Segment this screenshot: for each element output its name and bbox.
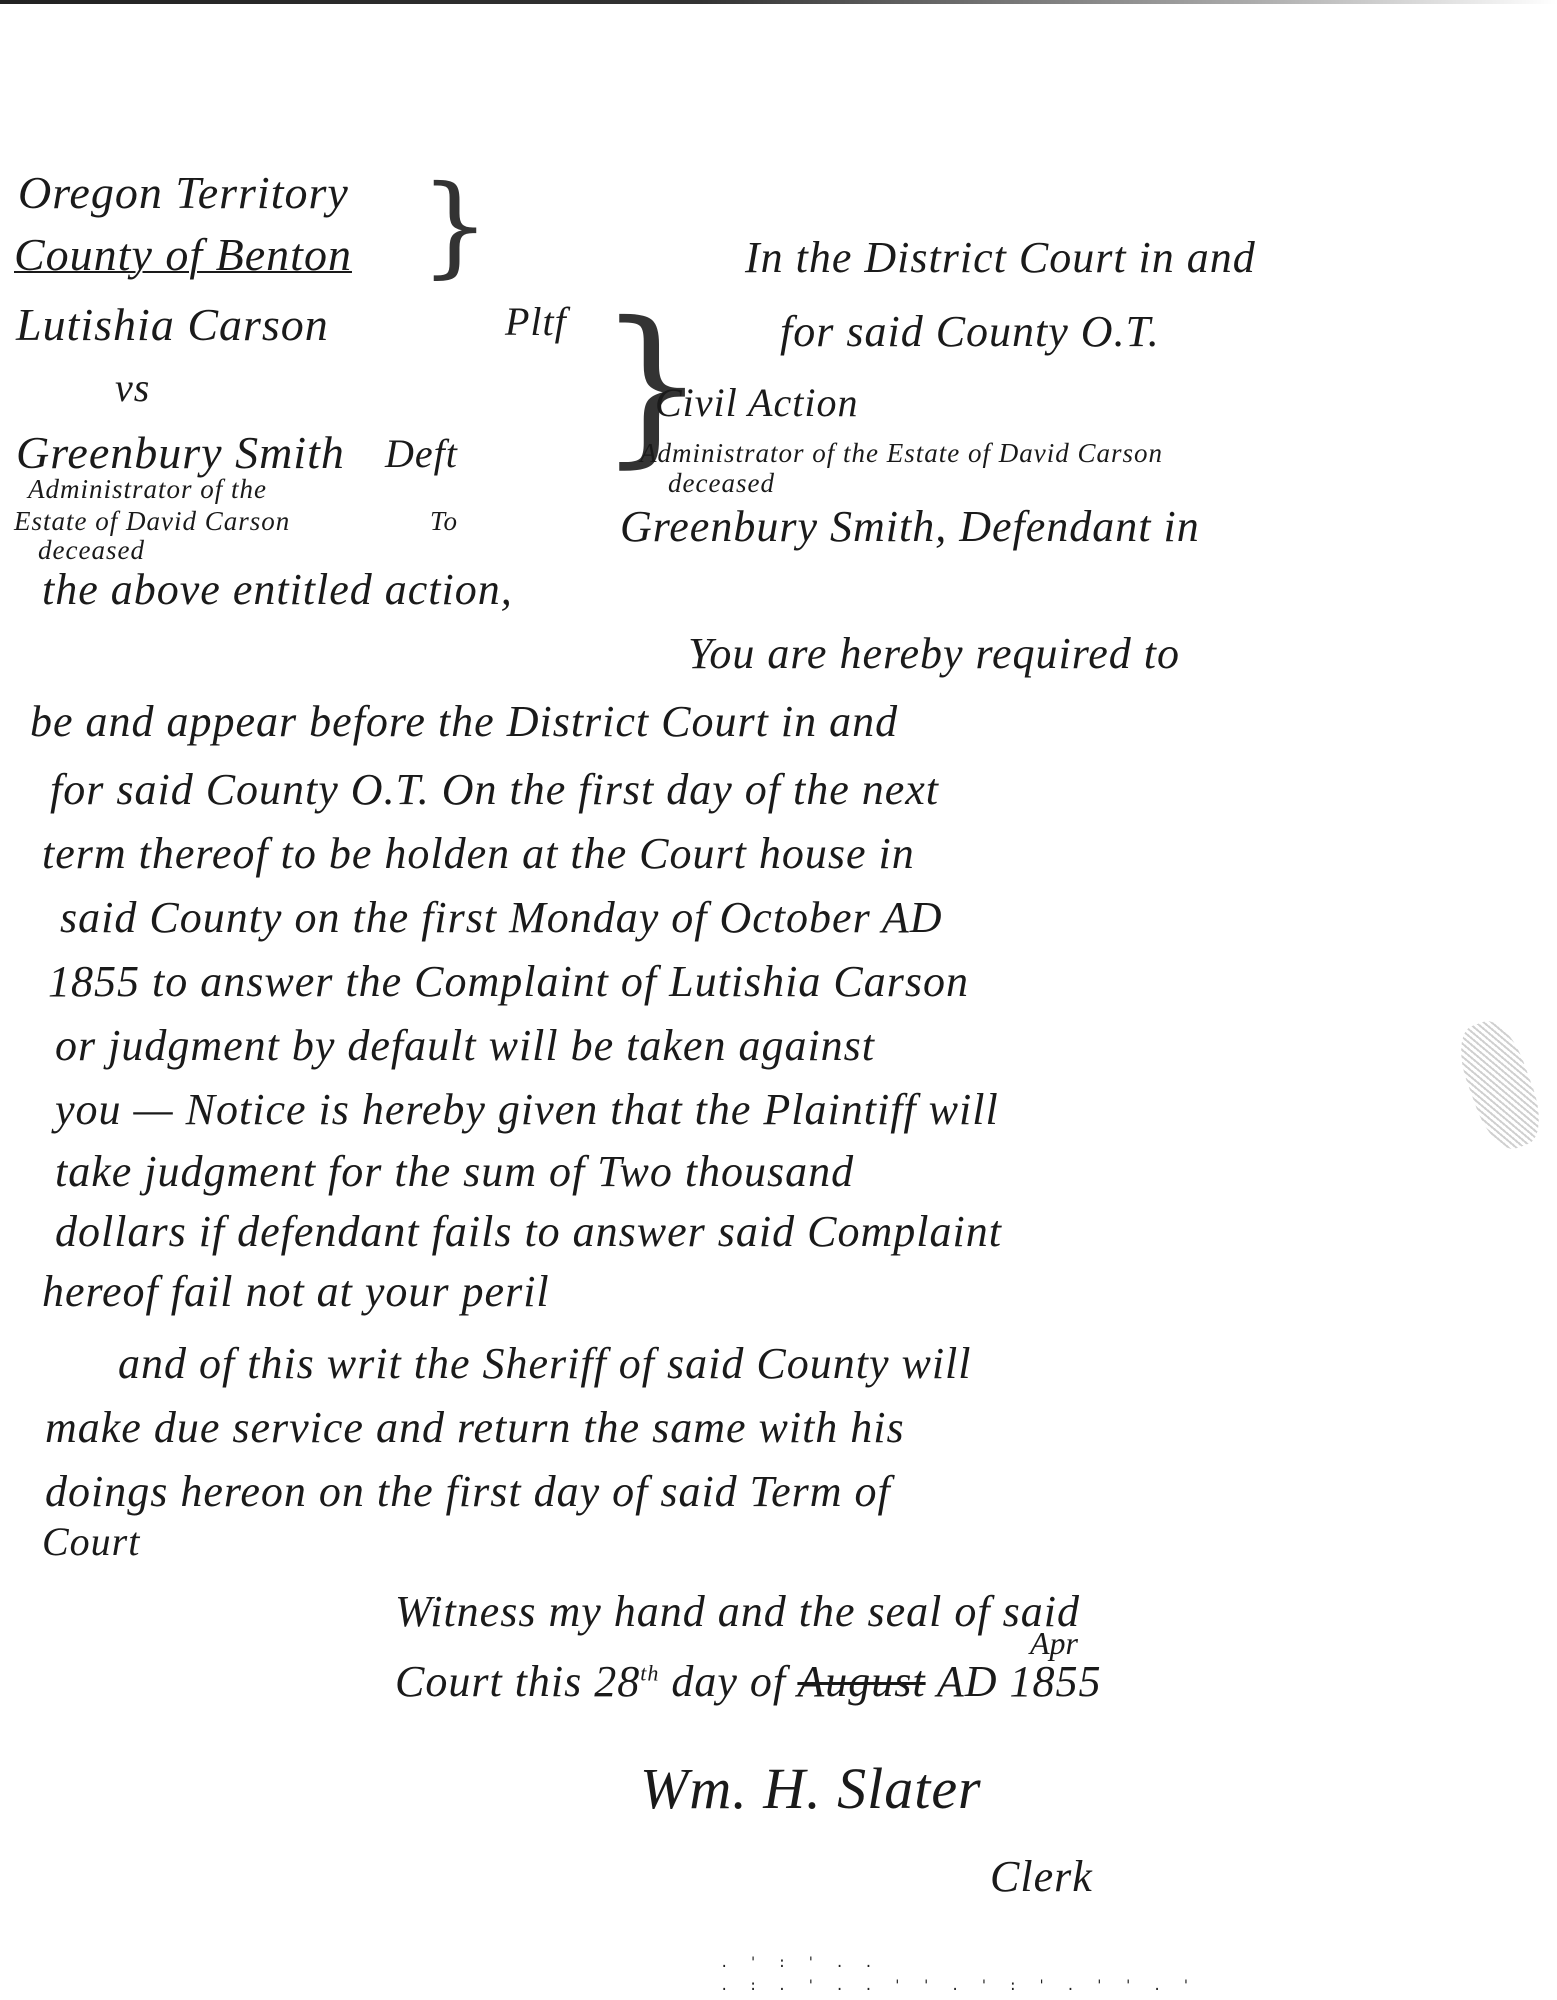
- body-line: be and appear before the District Court …: [30, 700, 898, 744]
- defendant-capacity-2: Estate of David Carson: [14, 508, 290, 535]
- body-line: for said County O.T. On the first day of…: [50, 768, 939, 812]
- body-line: Court: [42, 1522, 140, 1562]
- attestation-year: AD 1855: [937, 1657, 1102, 1706]
- body-line: hereof fail not at your peril: [42, 1270, 550, 1314]
- body-line: said County on the first Monday of Octob…: [60, 896, 943, 940]
- body-line: 1855 to answer the Complaint of Lutishia…: [48, 960, 969, 1004]
- scan-smudge: [1450, 1014, 1551, 1157]
- attestation-line-1: Witness my hand and the seal of said: [395, 1590, 1080, 1634]
- court-line-4: Administrator of the Estate of David Car…: [640, 440, 1163, 467]
- defendant-capacity-1: Administrator of the: [28, 476, 267, 503]
- versus: vs: [115, 368, 150, 408]
- body-line: doings hereon on the first day of said T…: [45, 1470, 891, 1514]
- court-line-5: deceased: [668, 470, 775, 497]
- court-line-7: the above entitled action,: [42, 568, 513, 612]
- scan-specks: . ' : ' . .: [720, 1955, 879, 1971]
- body-line: dollars if defendant fails to answer sai…: [55, 1210, 1002, 1254]
- body-line: or judgment by default will be taken aga…: [55, 1024, 875, 1068]
- plaintiff-name: Lutishia Carson: [16, 302, 329, 348]
- scan-specks: . : . ' . . ' ' . ' : ' . ' ' . ': [720, 1978, 1196, 1994]
- body-line: and of this writ the Sheriff of said Cou…: [118, 1342, 972, 1386]
- court-line-1: In the District Court in and: [745, 236, 1256, 280]
- county: County of Benton: [14, 232, 352, 278]
- body-line: make due service and return the same wit…: [45, 1406, 905, 1450]
- body-line: term thereof to be holden at the Court h…: [42, 832, 915, 876]
- attestation-day-of: day of: [671, 1657, 786, 1706]
- territory: Oregon Territory: [18, 170, 349, 216]
- plaintiff-role: Pltf: [505, 302, 567, 342]
- clerk-title: Clerk: [990, 1855, 1093, 1899]
- body-line: you — Notice is hereby given that the Pl…: [55, 1088, 999, 1132]
- inserted-month: Apr: [1030, 1625, 1078, 1662]
- defendant-name: Greenbury Smith: [16, 430, 345, 476]
- attestation-date-suffix: th: [640, 1660, 659, 1685]
- attestation-line-2: Court this 28th day of August AD 1855: [395, 1660, 1102, 1704]
- court-line-3: Civil Action: [655, 383, 858, 423]
- body-line: You are hereby required to: [688, 632, 1180, 676]
- scan-top-edge: [0, 0, 1557, 4]
- attestation-date-prefix: Court this 28: [395, 1657, 640, 1706]
- court-line-2: for said County O.T.: [780, 310, 1160, 354]
- defendant-suffix: To: [430, 508, 458, 535]
- struck-month: August: [797, 1657, 925, 1706]
- defendant-role: Deft: [385, 434, 458, 474]
- defendant-capacity-3: deceased: [38, 537, 145, 564]
- court-line-6: Greenbury Smith, Defendant in: [620, 505, 1200, 549]
- body-line: take judgment for the sum of Two thousan…: [55, 1150, 854, 1194]
- clerk-signature: Wm. H. Slater: [640, 1760, 982, 1818]
- caption-brace-top: }: [420, 170, 490, 280]
